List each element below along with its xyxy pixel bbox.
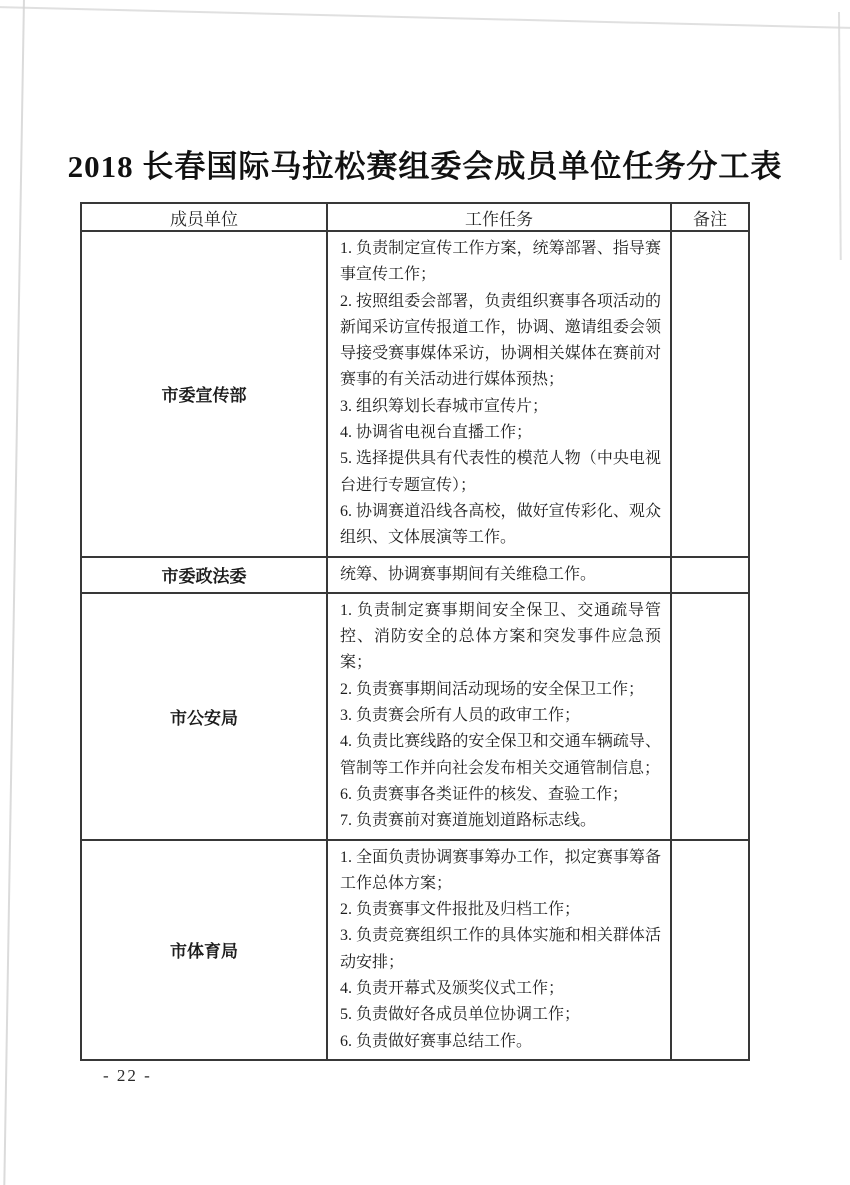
task-item: 1. 负责制定宣传工作方案，统筹部署、指导赛事宣传工作； <box>340 236 661 289</box>
scanned-document-page: 2018 长春国际马拉松赛组委会成员单位任务分工表 成员单位 工作任务 备注 市… <box>0 0 850 1185</box>
table-row-politics-law-committee: 市委政法委 统筹、协调赛事期间有关维稳工作。 <box>81 557 749 593</box>
task-item: 4. 负责开幕式及颁奖仪式工作； <box>340 976 661 1002</box>
task-item: 6. 负责赛事各类证件的核发、查验工作； <box>340 782 661 808</box>
column-header-member-unit: 成员单位 <box>81 203 327 231</box>
task-item: 1. 全面负责协调赛事筹办工作，拟定赛事筹备工作总体方案； <box>340 845 661 898</box>
task-item: 2. 负责赛事期间活动现场的安全保卫工作； <box>340 677 661 703</box>
task-item: 3. 组织筹划长春城市宣传片； <box>340 394 661 420</box>
scan-artifact-top-edge <box>0 6 850 29</box>
task-item: 3. 负责赛会所有人员的政审工作； <box>340 703 661 729</box>
page-number: - 22 - <box>103 1066 152 1086</box>
column-header-work-tasks: 工作任务 <box>327 203 671 231</box>
task-item: 5. 选择提供具有代表性的模范人物（中央电视台进行专题宣传）； <box>340 446 661 499</box>
task-item: 7. 负责赛前对赛道施划道路标志线。 <box>340 808 661 834</box>
unit-name: 市公安局 <box>81 593 327 840</box>
unit-name: 市委宣传部 <box>81 231 327 557</box>
task-item: 3. 负责竞赛组织工作的具体实施和相关群体活动安排； <box>340 923 661 976</box>
tasks-cell: 1. 负责制定宣传工作方案，统筹部署、指导赛事宣传工作；2. 按照组委会部署，负… <box>327 231 671 557</box>
task-item: 统筹、协调赛事期间有关维稳工作。 <box>340 562 661 588</box>
task-item: 4. 负责比赛线路的安全保卫和交通车辆疏导、管制等工作并向社会发布相关交通管制信… <box>340 729 661 782</box>
table-row-propaganda-dept: 市委宣传部 1. 负责制定宣传工作方案，统筹部署、指导赛事宣传工作；2. 按照组… <box>81 231 749 557</box>
table-header-row: 成员单位 工作任务 备注 <box>81 203 749 231</box>
tasks-cell: 1. 全面负责协调赛事筹办工作，拟定赛事筹备工作总体方案；2. 负责赛事文件报批… <box>327 840 671 1060</box>
unit-name: 市体育局 <box>81 840 327 1060</box>
scan-artifact-right-paper-edge <box>838 12 842 260</box>
remark-cell <box>671 593 749 840</box>
table-row-sports-bureau: 市体育局 1. 全面负责协调赛事筹办工作，拟定赛事筹备工作总体方案；2. 负责赛… <box>81 840 749 1060</box>
task-item: 2. 负责赛事文件报批及归档工作； <box>340 897 661 923</box>
task-item: 6. 协调赛道沿线各高校，做好宣传彩化、观众组织、文体展演等工作。 <box>340 499 661 552</box>
table-row-public-security-bureau: 市公安局 1. 负责制定赛事期间安全保卫、交通疏导管控、消防安全的总体方案和突发… <box>81 593 749 840</box>
unit-name: 市委政法委 <box>81 557 327 593</box>
task-item: 2. 按照组委会部署，负责组织赛事各项活动的新闻采访宣传报道工作，协调、邀请组委… <box>340 289 661 394</box>
remark-cell <box>671 231 749 557</box>
page-title: 2018 长春国际马拉松赛组委会成员单位任务分工表 <box>0 141 850 186</box>
remark-cell <box>671 840 749 1060</box>
task-item: 6. 负责做好赛事总结工作。 <box>340 1029 661 1055</box>
remark-cell <box>671 557 749 593</box>
task-item: 4. 协调省电视台直播工作； <box>340 420 661 446</box>
tasks-cell: 统筹、协调赛事期间有关维稳工作。 <box>327 557 671 593</box>
column-header-remarks: 备注 <box>671 203 749 231</box>
task-item: 1. 负责制定赛事期间安全保卫、交通疏导管控、消防安全的总体方案和突发事件应急预… <box>340 598 661 677</box>
tasks-cell: 1. 负责制定赛事期间安全保卫、交通疏导管控、消防安全的总体方案和突发事件应急预… <box>327 593 671 840</box>
task-assignment-table: 成员单位 工作任务 备注 市委宣传部 1. 负责制定宣传工作方案，统筹部署、指导… <box>80 202 750 1061</box>
task-item: 5. 负责做好各成员单位协调工作； <box>340 1002 661 1028</box>
